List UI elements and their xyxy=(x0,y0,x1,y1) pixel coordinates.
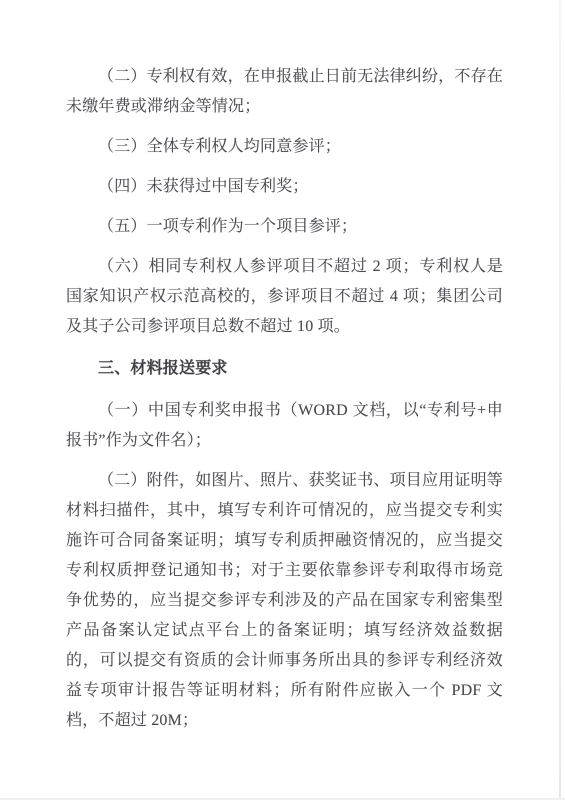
document-page: （二）专利权有效，在申报截止日前无法律纠纷，不存在未缴年费或滞纳金等情况； （三… xyxy=(0,0,565,800)
page-scan-edge-right xyxy=(559,0,561,800)
section-heading-material-submission: 三、材料报送要求 xyxy=(66,354,503,384)
paragraph-condition-6: （六）相同专利权人参评项目不超过 2 项；专利权人是国家知识产权示范高校的，参评… xyxy=(66,252,503,342)
document-body: （二）专利权有效，在申报截止日前无法律纠纷，不存在未缴年费或滞纳金等情况； （三… xyxy=(66,62,503,746)
paragraph-condition-5: （五）一项专利作为一个项目参评； xyxy=(66,212,503,242)
paragraph-material-1: （一）中国专利奖申报书（WORD 文档，以“专利号+申报书”作为文件名）； xyxy=(66,396,503,456)
paragraph-condition-4: （四）未获得过中国专利奖； xyxy=(66,172,503,202)
paragraph-material-2: （二）附件，如图片、照片、获奖证书、项目应用证明等材料扫描件，其中，填写专利许可… xyxy=(66,466,503,736)
paragraph-condition-3: （三）全体专利权人均同意参评； xyxy=(66,132,503,162)
paragraph-condition-2: （二）专利权有效，在申报截止日前无法律纠纷，不存在未缴年费或滞纳金等情况； xyxy=(66,62,503,122)
